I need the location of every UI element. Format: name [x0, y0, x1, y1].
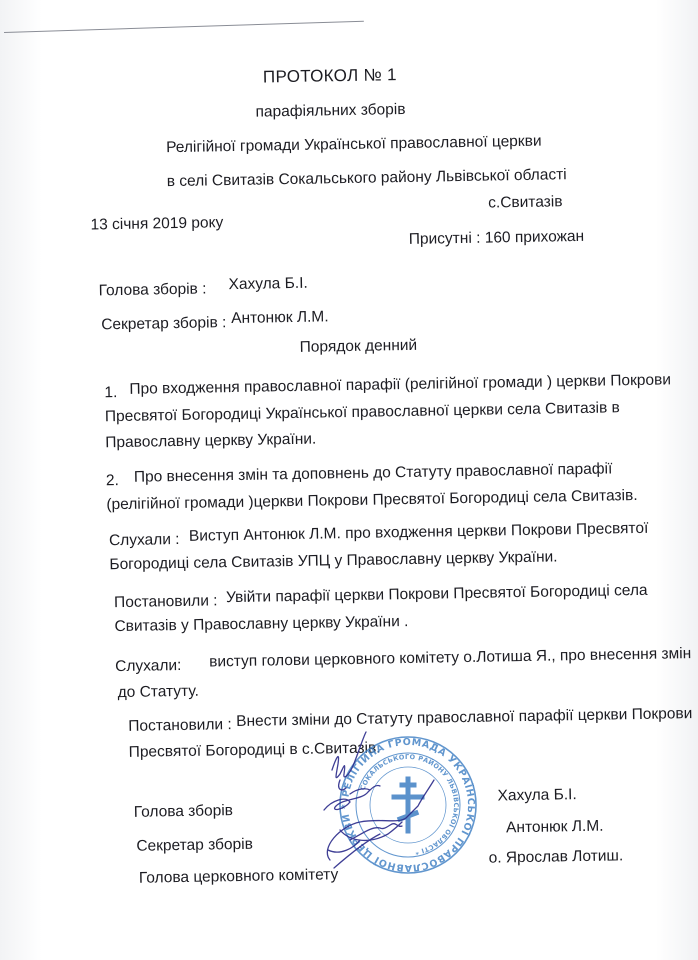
- agenda-item-1-number: 1.: [104, 384, 117, 402]
- agenda-item-2-number: 2.: [106, 472, 119, 490]
- document-title: ПРОТОКОЛ № 1: [263, 65, 397, 87]
- minutes-2-line-1: Увійти парафії церкви Покрови Пресвятої …: [226, 582, 648, 607]
- scanned-document-page: ПРОТОКОЛ № 1 парафіяльних зборів Релігій…: [0, 0, 698, 960]
- chair-name: Хахула Б.І.: [228, 275, 307, 294]
- organization-line-2: в селі Свитазів Сокальського району Льві…: [167, 166, 567, 191]
- attendance-count: Присутні : 160 прихожан: [409, 228, 585, 249]
- agenda-item-2-line-2: (релігійної громади )церкви Покрови Прес…: [106, 487, 637, 514]
- minutes-1-line-1: Виступ Антонюк Л.М. про входження церкви…: [189, 520, 649, 546]
- signature-name-chair: Хахула Б.І.: [497, 786, 576, 805]
- signature-name-secretary: Антонюк Л.М.: [506, 818, 604, 838]
- signature-name-committee-head: о. Ярослав Лотиш.: [488, 847, 623, 867]
- agenda-item-1-line-2: Пресвятої Богородиці Української правосл…: [105, 399, 620, 426]
- minutes-3-line-2: до Статуту.: [118, 683, 199, 702]
- signature-role-secretary: Секретар зборів: [136, 836, 253, 856]
- minutes-4-line-1: Внести зміни до Статуту православної пар…: [236, 705, 692, 731]
- meeting-place: с.Свитазів: [488, 193, 563, 212]
- minutes-2-label: Постановили :: [114, 592, 218, 612]
- agenda-item-2-line-1: Про внесення змін та доповнень до Статут…: [134, 460, 613, 486]
- chair-label: Голова зборів :: [99, 280, 207, 300]
- minutes-3-line-1: виступ голови церковного комітету о.Лоти…: [209, 645, 691, 671]
- minutes-2-line-2: Свитазів у Православну церкву України .: [114, 613, 408, 636]
- minutes-1-line-2: Богородиці села Свитазів УПЦ у Православ…: [109, 548, 557, 574]
- signature-role-committee-head: Голова церковного комітету: [139, 866, 339, 887]
- document-subtitle: парафіяльних зборів: [255, 101, 405, 122]
- minutes-1-label: Слухали :: [109, 531, 180, 550]
- minutes-4-label: Постановили :: [128, 716, 232, 736]
- agenda-heading: Порядок денний: [300, 337, 418, 357]
- minutes-3-label: Слухали:: [115, 657, 182, 676]
- agenda-item-1-line-1: Про входження православної парафії (релі…: [129, 371, 671, 398]
- handwritten-signatures: [310, 730, 480, 870]
- meeting-date: 13 січня 2019 року: [90, 214, 223, 234]
- secretary-label: Секретар зборів :: [101, 314, 226, 334]
- agenda-item-1-line-3: Православну церкву України.: [105, 431, 316, 453]
- secretary-name: Антонюк Л.М.: [231, 308, 329, 328]
- signature-role-chair: Голова зборів: [134, 802, 234, 822]
- organization-line-1: Релігійної громади Української православ…: [166, 133, 542, 158]
